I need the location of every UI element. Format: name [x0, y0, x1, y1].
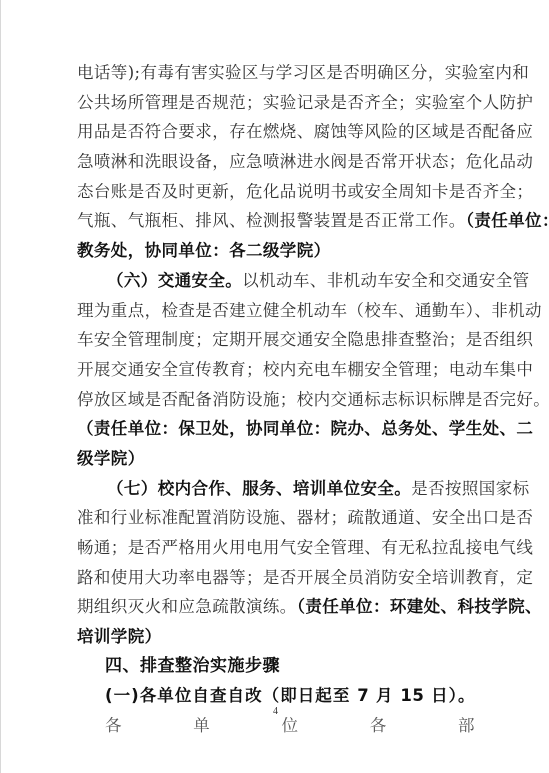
text-segment: 路和使用大功率电器等；是否开展全员消防安全培训教育，定 [77, 568, 533, 587]
text-line: 公共场所管理是否规范；实验记录是否齐全；实验室个人防护 [77, 88, 475, 118]
text-segment: 用品是否符合要求，存在燃烧、腐蚀等风险的区域是否配备应 [77, 122, 533, 141]
responsibility-units: 级学院） [77, 449, 145, 468]
responsibility-units: 培训学院） [77, 627, 162, 646]
text-line: 级学院） [77, 444, 475, 474]
section-6-line: （六）交通安全。以机动车、非机动车安全和交通安全管 [77, 266, 475, 296]
text-line: 急喷淋和洗眼设备，应急喷淋进水阀是否常开状态；危化品动 [77, 147, 475, 177]
text-segment: 期组织灭火和应急疏散演练。 [77, 597, 297, 616]
subsection-text: 各单位各部 [105, 716, 475, 735]
text-line: 期组织灭火和应急疏散演练。（责任单位：环建处、科技学院、 [77, 592, 475, 622]
text-line: 培训学院） [77, 622, 475, 652]
text-line: 用品是否符合要求，存在燃烧、腐蚀等风险的区域是否配备应 [77, 117, 475, 147]
text-line: 车安全管理制度；定期开展交通安全隐患排查整治；是否组织 [77, 325, 475, 355]
section-7-line: （七）校内合作、服务、培训单位安全。是否按照国家标 [77, 474, 475, 504]
text-segment: 气瓶、气瓶柜、排风、检测报警装置是否正常工作。 [77, 211, 466, 230]
text-segment: 态台账是否及时更新，危化品说明书或安全周知卡是否齐全； [77, 182, 533, 201]
text-segment: 停放区域是否配备消防设施；校内交通标志标识标牌是否完好。 [77, 390, 549, 409]
text-segment: 以机动车、非机动车安全和交通安全管 [242, 271, 529, 290]
text-line: 理为重点，检查是否建立健全机动车（校车、通勤车）、非机动 [77, 296, 475, 326]
text-segment: 车安全管理制度；定期开展交通安全隐患排查整治；是否组织 [77, 330, 533, 349]
text-segment: 急喷淋和洗眼设备，应急喷淋进水阀是否常开状态；危化品动 [77, 152, 533, 171]
text-segment: 开展交通安全宣传教育；校内充电车棚安全管理；电动车集中 [77, 360, 533, 379]
responsibility-label: （责任单位： [466, 211, 549, 230]
text-line: 态台账是否及时更新，危化品说明书或安全周知卡是否齐全； [77, 177, 475, 207]
document-page: 电话等);有毒有害实验区与学习区是否明确区分，实验室内和 公共场所管理是否规范；… [0, 0, 549, 773]
text-line: 教务处，协同单位：各二级学院） [77, 236, 475, 266]
text-segment: 是否按照国家标 [411, 479, 529, 498]
text-segment: 准和行业标准配置消防设施、器材；疏散通道、安全出口是否 [77, 508, 533, 527]
text-line: 电话等);有毒有害实验区与学习区是否明确区分，实验室内和 [77, 58, 475, 88]
section-7-title: （七）校内合作、服务、培训单位安全。 [107, 479, 411, 498]
responsibility-units: 教务处，协同单位：各二级学院） [77, 241, 331, 260]
text-segment: 理为重点，检查是否建立健全机动车（校车、通勤车）、非机动 [77, 301, 542, 320]
text-line: 畅通；是否严格用火用电用气安全管理、有无私拉乱接电气线 [77, 533, 475, 563]
text-line: （责任单位：保卫处，协同单位：院办、总务处、学生处、二 [77, 414, 475, 444]
text-line: 路和使用大功率电器等；是否开展全员消防安全培训教育，定 [77, 563, 475, 593]
text-segment: 畅通；是否严格用火用电用气安全管理、有无私拉乱接电气线 [77, 538, 533, 557]
text-segment: 公共场所管理是否规范；实验记录是否齐全；实验室个人防护 [77, 93, 533, 112]
text-line: 准和行业标准配置消防设施、器材；疏散通道、安全出口是否 [77, 503, 475, 533]
section-6-title: （六）交通安全。 [107, 271, 242, 290]
text-line: 停放区域是否配备消防设施；校内交通标志标识标牌是否完好。 [77, 385, 475, 415]
section-heading: 四、排查整治实施步骤 [77, 652, 475, 682]
subsection-title: (一)各单位自查自改（即日起至 7 月 15 日）。 [105, 686, 475, 705]
document-body: 电话等);有毒有害实验区与学习区是否明确区分，实验室内和 公共场所管理是否规范；… [77, 58, 475, 711]
text-segment: 电话等);有毒有害实验区与学习区是否明确区分，实验室内和 [77, 63, 529, 82]
text-line: 气瓶、气瓶柜、排风、检测报警装置是否正常工作。（责任单位： [77, 206, 475, 236]
text-line: 开展交通安全宣传教育；校内充电车棚安全管理；电动车集中 [77, 355, 475, 385]
responsibility-label: （责任单位：环建处、科技学院、 [297, 597, 542, 616]
page-number: 4 [1, 706, 549, 717]
responsibility-units: （责任单位：保卫处，协同单位：院办、总务处、学生处、二 [77, 419, 533, 438]
